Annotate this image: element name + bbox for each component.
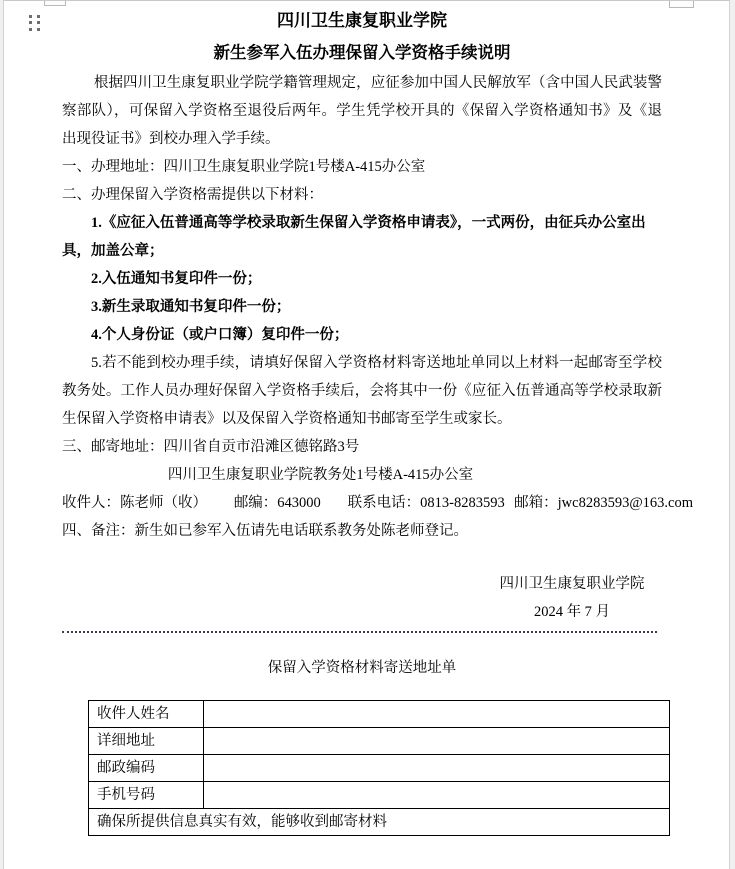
contact-line: 收件人：陈老师（收） 邮编：643000 联系电话：0813-8283593 邮…: [62, 489, 662, 517]
material-item-1: 1.《应征入伍普通高等学校录取新生保留入学资格申请表》，一式两份，由征兵办公室出…: [62, 209, 662, 265]
document-content: 四川卫生康复职业学院 新生参军入伍办理保留入学资格手续说明 根据四川卫生康复职业…: [4, 1, 729, 836]
contact-email: 邮箱：jwc8283593@163.com: [514, 495, 693, 511]
row-value-postal-code[interactable]: [204, 755, 670, 782]
address-form-table: 收件人姓名 详细地址 邮政编码 手机号码 确保所提供信息真实有效，能够收到邮寄材…: [88, 700, 670, 836]
form-note-cell: 确保所提供信息真实有效，能够收到邮寄材料: [89, 809, 670, 836]
doc-subtitle: 新生参军入伍办理保留入学资格手续说明: [62, 39, 662, 67]
contact-postcode: 邮编：643000: [234, 495, 321, 511]
material-item-2: 2.入伍通知书复印件一份；: [62, 265, 662, 293]
row-value-recipient-name[interactable]: [204, 701, 670, 728]
signature-date: 2024 年 7 月: [496, 598, 648, 626]
table-row-recipient-name: 收件人姓名: [89, 701, 670, 728]
dotted-divider: [62, 631, 657, 633]
row-label-mobile-number: 手机号码: [89, 782, 204, 809]
row-label-detailed-address: 详细地址: [89, 728, 204, 755]
contact-recipient: 收件人：陈老师（收）: [62, 495, 207, 511]
table-row-mobile-number: 手机号码: [89, 782, 670, 809]
table-row-detailed-address: 详细地址: [89, 728, 670, 755]
material-item-5: 5.若不能到校办理手续，请填好保留入学资格材料寄送地址单同以上材料一起邮寄至学校…: [62, 349, 662, 433]
contact-phone: 联系电话：0813-8283593: [348, 495, 505, 511]
form-title: 保留入学资格材料寄送地址单: [62, 654, 662, 682]
material-item-3: 3.新生录取通知书复印件一份；: [62, 293, 662, 321]
table-row-postal-code: 邮政编码: [89, 755, 670, 782]
section-3-line: 三、邮寄地址：四川省自贡市沿滩区德铭路3号: [62, 433, 662, 461]
material-item-4: 4.个人身份证（或户口簿）复印件一份；: [62, 321, 662, 349]
doc-title: 四川卫生康复职业学院: [62, 6, 662, 36]
mail-address-line-2: 四川卫生康复职业学院教务处1号楼A-415办公室: [168, 461, 662, 489]
intro-paragraph: 根据四川卫生康复职业学院学籍管理规定，应征参加中国人民解放军（含中国人民武装警察…: [62, 69, 662, 153]
document-page: 四川卫生康复职业学院 新生参军入伍办理保留入学资格手续说明 根据四川卫生康复职业…: [3, 0, 730, 869]
signature-block: 四川卫生康复职业学院 2024 年 7 月: [496, 570, 648, 626]
row-label-recipient-name: 收件人姓名: [89, 701, 204, 728]
signature-org: 四川卫生康复职业学院: [496, 570, 648, 598]
section-1-line: 一、办理地址：四川卫生康复职业学院1号楼A-415办公室: [62, 153, 662, 181]
section-4-line: 四、备注：新生如已参军入伍请先电话联系教务处陈老师登记。: [62, 517, 662, 545]
row-label-postal-code: 邮政编码: [89, 755, 204, 782]
table-row-note: 确保所提供信息真实有效，能够收到邮寄材料: [89, 809, 670, 836]
row-value-mobile-number[interactable]: [204, 782, 670, 809]
row-value-detailed-address[interactable]: [204, 728, 670, 755]
section-2-line: 二、办理保留入学资格需提供以下材料：: [62, 181, 662, 209]
